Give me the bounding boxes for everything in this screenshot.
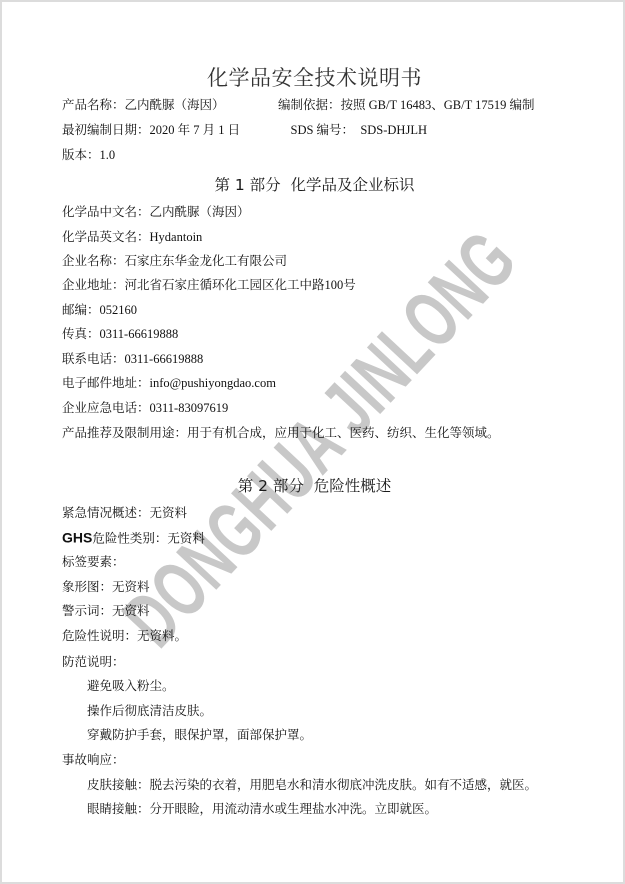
field-label: 事故响应： <box>62 753 125 767</box>
field-label: 眼睛接触： <box>87 802 150 816</box>
field-value: 石家庄东华金龙化工有限公司 <box>125 254 288 268</box>
field-label: 传真： <box>62 327 100 341</box>
english-name-field: 化学品英文名：Hydantoin <box>62 229 202 245</box>
field-label: 紧急情况概述： <box>62 506 150 520</box>
sds-number-label: SDS 编号： <box>291 123 355 137</box>
field-label: 企业应急电话： <box>62 401 150 415</box>
product-name-field: 产品名称：乙内酰脲（海因） <box>62 97 225 113</box>
field-label: 企业地址： <box>62 278 125 292</box>
field-value: 分开眼睑，用流动清水或生理盐水冲洗。立即就医。 <box>150 802 438 816</box>
sds-number-field: SDS 编号： SDS-DHJLH <box>278 106 427 154</box>
response-heading: 事故响应： <box>62 752 125 768</box>
field-label: 防范说明： <box>62 655 125 669</box>
emergency-overview-field: 紧急情况概述：无资料 <box>62 505 187 521</box>
precaution-item: 避免吸入粉尘。 <box>87 678 175 694</box>
pictogram-field: 象形图：无资料 <box>62 579 150 595</box>
postcode-field: 邮编：052160 <box>62 302 137 318</box>
precaution-item: 操作后彻底清洁皮肤。 <box>87 703 212 719</box>
precautionary-heading: 防范说明： <box>62 654 125 670</box>
field-label: 危险性类别： <box>92 532 167 546</box>
field-label: 化学品英文名： <box>62 230 150 244</box>
product-name-value: 乙内酰脲（海因） <box>125 98 225 112</box>
field-value: 0311-66619888 <box>100 327 179 341</box>
field-label: 联系电话： <box>62 352 125 366</box>
field-value: 无资料 <box>150 506 188 520</box>
emergency-phone-field: 企业应急电话：0311-83097619 <box>62 400 228 416</box>
field-value: 0311-66619888 <box>125 352 204 366</box>
ghs-class-field: GHS危险性类别：无资料 <box>62 530 205 547</box>
field-label: 化学品中文名： <box>62 205 150 219</box>
field-value: 河北省石家庄循环化工园区化工中路100号 <box>125 278 356 292</box>
field-label: 象形图： <box>62 580 112 594</box>
version-field: 版本：1.0 <box>62 147 115 163</box>
sds-number-value: SDS-DHJLH <box>354 123 427 137</box>
field-value: 无资料 <box>112 580 150 594</box>
ghs-label-prefix: GHS <box>62 530 92 546</box>
initial-date-field: 最初编制日期：2020 年 7 月 1 日 <box>62 122 240 138</box>
version-label: 版本： <box>62 148 100 162</box>
field-label: 危险性说明： <box>62 629 137 643</box>
field-value: info@pushiyongdao.com <box>150 376 276 390</box>
precaution-item: 穿戴防护手套，眼保护罩，面部保护罩。 <box>87 727 312 743</box>
initial-date-value: 2020 年 7 月 1 日 <box>150 123 241 137</box>
field-label: 产品推荐及限制用途： <box>62 426 187 440</box>
field-label: 邮编： <box>62 303 100 317</box>
field-value: 052160 <box>100 303 138 317</box>
company-address-field: 企业地址：河北省石家庄循环化工园区化工中路100号 <box>62 277 356 293</box>
field-label: 电子邮件地址： <box>62 376 150 390</box>
field-label: 标签要素： <box>62 555 125 569</box>
field-value: 无资料。 <box>137 629 187 643</box>
document-page: DONGHUA JINLONG 化学品安全技术说明书 产品名称：乙内酰脲（海因）… <box>0 0 625 884</box>
field-value: 无资料 <box>167 532 205 546</box>
section-1-heading: 第 1 部分 化学品及企业标识 <box>2 173 625 195</box>
field-label: 皮肤接触： <box>87 778 150 792</box>
hazard-statement-field: 危险性说明：无资料。 <box>62 628 187 644</box>
field-value: Hydantoin <box>150 230 203 244</box>
field-value: 用于有机合成，应用于化工、医药、纺织、生化等领域。 <box>187 426 500 440</box>
product-name-label: 产品名称： <box>62 98 125 112</box>
document-title: 化学品安全技术说明书 <box>2 62 625 92</box>
email-field: 电子邮件地址：info@pushiyongdao.com <box>62 375 276 391</box>
fax-field: 传真：0311-66619888 <box>62 326 178 342</box>
initial-date-label: 最初编制日期： <box>62 123 150 137</box>
recommended-use-field: 产品推荐及限制用途：用于有机合成，应用于化工、医药、纺织、生化等领域。 <box>62 425 500 441</box>
phone-field: 联系电话：0311-66619888 <box>62 351 203 367</box>
field-value: 0311-83097619 <box>150 401 229 415</box>
field-value: 脱去污染的衣着，用肥皂水和清水彻底冲洗皮肤。如有不适感，就医。 <box>150 778 538 792</box>
response-item-eye: 眼睛接触：分开眼睑，用流动清水或生理盐水冲洗。立即就医。 <box>87 801 437 817</box>
field-label: 警示词： <box>62 604 112 618</box>
company-name-field: 企业名称：石家庄东华金龙化工有限公司 <box>62 253 287 269</box>
response-item-skin: 皮肤接触：脱去污染的衣着，用肥皂水和清水彻底冲洗皮肤。如有不适感，就医。 <box>87 777 537 793</box>
signal-word-field: 警示词：无资料 <box>62 603 150 619</box>
field-value: 乙内酰脲（海因） <box>150 205 250 219</box>
version-value: 1.0 <box>100 148 116 162</box>
field-value: 无资料 <box>112 604 150 618</box>
chinese-name-field: 化学品中文名：乙内酰脲（海因） <box>62 204 250 220</box>
field-label: 企业名称： <box>62 254 125 268</box>
section-2-heading: 第 2 部分 危险性概述 <box>2 474 625 496</box>
label-elements-field: 标签要素： <box>62 554 125 570</box>
